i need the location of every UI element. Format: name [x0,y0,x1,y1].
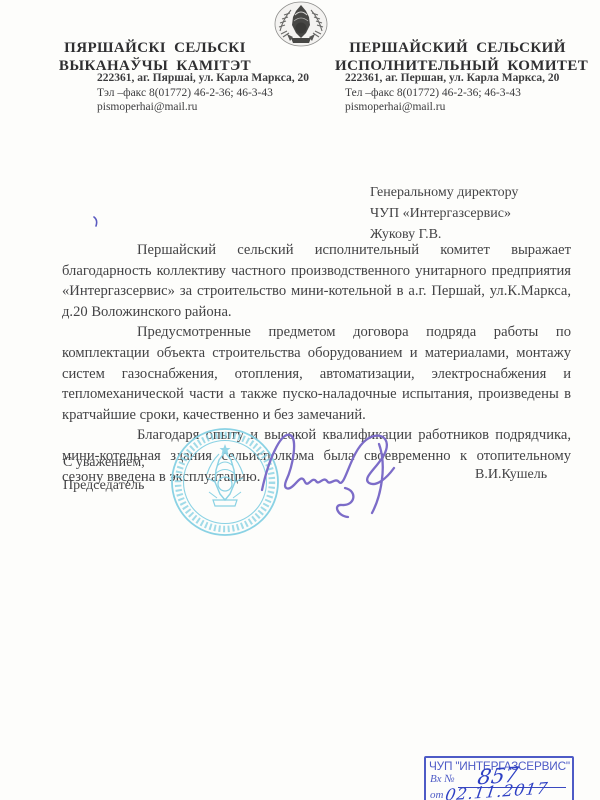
letterhead-left: ПЯРШАЙСКІ СЕЛЬСКІ ВЫКАНАЎЧЫ КАМІТЭТ [40,40,270,75]
body-paragraph-2: Предусмотренные предметом договора подря… [62,322,571,425]
letterhead-right-address: 222361, аг. Першан, ул. Карла Маркса, 20 [345,71,559,86]
letterhead-right-email: pismoperhai@mail.ru [345,100,559,115]
date-underline [444,786,566,800]
letterhead-left-phone: Тэл –факс 8(01772) 46-2-36; 46-3-43 [97,86,309,101]
signoff-position: Председатель [63,474,145,497]
recipient-block: Генеральному директору ЧУП «Интергазсерв… [370,182,518,245]
letterhead-left-address-block: 222361, аг. Пяршаі, ул. Карла Маркса, 20… [97,71,309,115]
letterhead-right-title-line1: ПЕРШАЙСКИЙ СЕЛЬСКИЙ [335,40,580,58]
registration-stamp: ЧУП "ИНТЕРГАЗСЕРВИС" Вх № 857 от 02.11.2… [424,756,574,800]
scanned-letter-page: ПЯРШАЙСКІ СЕЛЬСКІ ВЫКАНАЎЧЫ КАМІТЭТ 2223… [0,0,600,800]
signoff-salutation: С уважением, [63,451,145,474]
letterhead-right: ПЕРШАЙСКИЙ СЕЛЬСКИЙ ИСПОЛНИТЕЛЬНЫЙ КОМИТ… [335,40,580,75]
pen-mark [92,215,100,233]
letterhead-left-address: 222361, аг. Пяршаі, ул. Карла Маркса, 20 [97,71,309,86]
letterhead-left-email: pismoperhai@mail.ru [97,100,309,115]
state-emblem-icon [273,1,329,47]
signature-scribble [248,418,428,528]
recipient-title: Генеральному директору [370,182,518,203]
recipient-company: ЧУП «Интергазсервис» [370,203,518,224]
letterhead-right-phone: Тел –факс 8(01772) 46-2-36; 46-3-43 [345,86,559,101]
signoff-block: С уважением, Председатель [63,451,145,497]
letterhead-left-title-line1: ПЯРШАЙСКІ СЕЛЬСКІ [40,40,270,58]
registration-stamp-incoming-label: Вх № [430,773,455,785]
body-paragraph-1: Першайский сельский исполнительный комит… [62,240,571,322]
signatory-name: В.И.Кушель [475,467,547,483]
registration-stamp-date-label: от [430,789,443,800]
letterhead-right-address-block: 222361, аг. Першан, ул. Карла Маркса, 20… [345,71,559,115]
